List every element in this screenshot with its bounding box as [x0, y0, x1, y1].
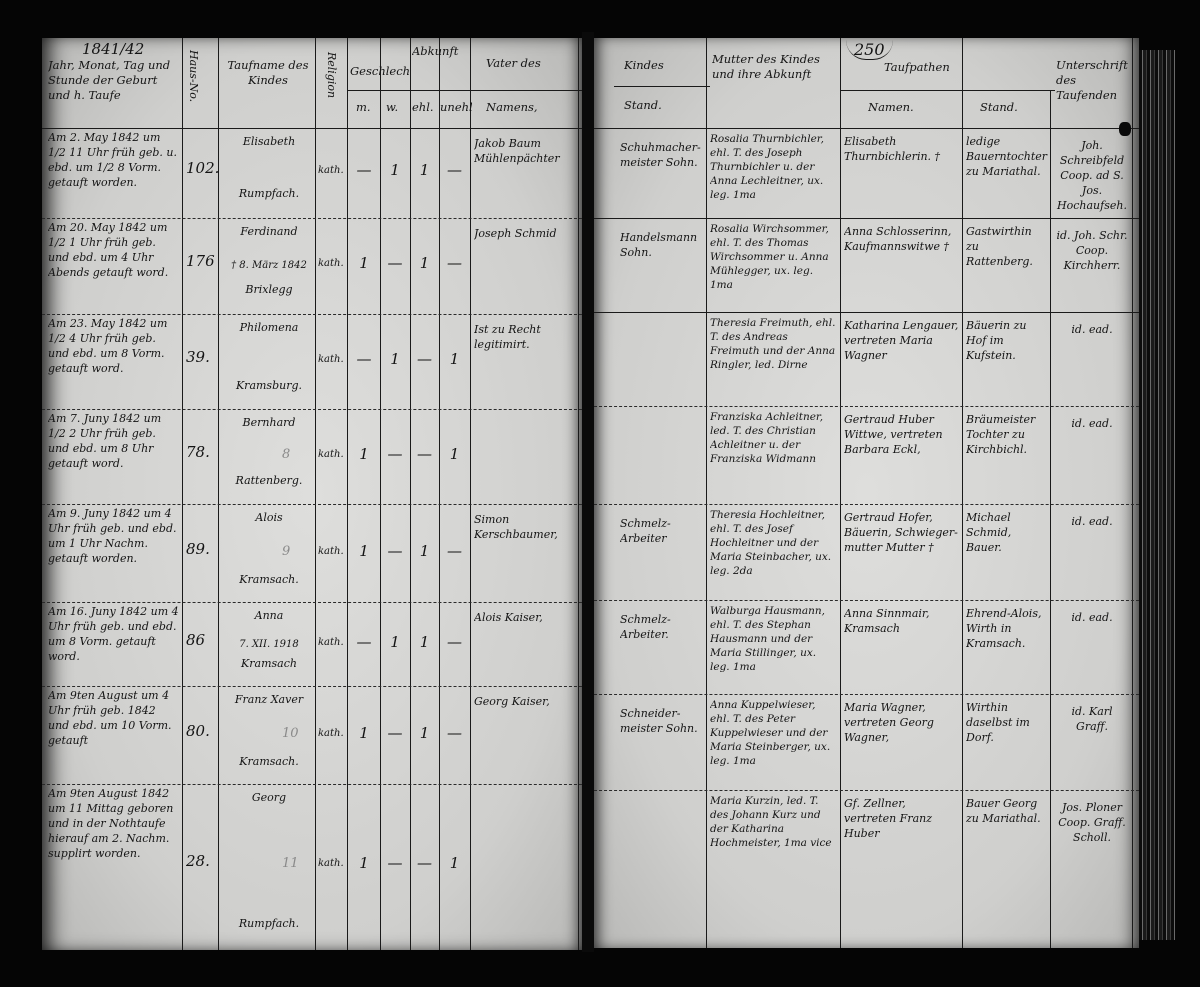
entry-father: Ist zu Recht legitimirt.	[474, 322, 574, 404]
entry-religion: kath.	[318, 256, 346, 271]
entry-date: Am 20. May 1842 um 1/2 1 Uhr früh geb. u…	[48, 220, 180, 308]
entry-baptizer: id. ead.	[1054, 322, 1130, 404]
rule	[706, 38, 707, 948]
entry-godparent-status: Michael Schmid, Bauer.	[966, 510, 1048, 596]
entry-mother: Theresia Freimuth, ehl. T. des Andreas F…	[710, 316, 838, 404]
rule	[42, 314, 582, 315]
entry-pencil-number: 9	[282, 544, 290, 559]
entry-religion: kath.	[318, 544, 346, 559]
entry-baptizer: Joh. Schreibfeld Coop. ad S. Jos. Hochau…	[1054, 138, 1130, 214]
entry-mother: Anna Kuppelwieser, ehl. T. des Peter Kup…	[710, 698, 838, 786]
rule	[594, 694, 1139, 695]
entry-father: Alois Kaiser,	[474, 610, 574, 682]
rule	[347, 90, 582, 91]
rule	[218, 38, 219, 950]
entry-godparent-name: Anna Sinnmair, Kramsach	[844, 606, 960, 690]
entry-father-status: Schmelz-Arbeiter.	[620, 612, 704, 688]
header-name: Taufname des Kindes	[224, 58, 312, 124]
entry-mother: Maria Kurzin, led. T. des Johann Kurz un…	[710, 794, 838, 940]
rule	[594, 504, 1139, 505]
entry-place: Kramsach	[224, 656, 314, 671]
left-page: 1841/42 Jahr, Monat, Tag und Stunde der …	[42, 38, 582, 950]
entry-religion: kath.	[318, 352, 346, 367]
entry-house-no: 78.	[186, 445, 218, 460]
header-legit-u: unehl.	[440, 100, 472, 115]
entry-margin-note: † 8. März 1842	[224, 258, 314, 273]
entry-place: Rumpfach.	[224, 916, 314, 931]
rule	[594, 128, 1139, 129]
ink-blot	[1119, 122, 1131, 136]
entry-date: Am 23. May 1842 um 1/2 4 Uhr früh geb. u…	[48, 316, 180, 404]
entry-child-name: Bernhard	[224, 415, 314, 430]
entry-baptizer: id. Karl Graff.	[1054, 704, 1130, 786]
entry-father	[474, 792, 574, 942]
rule	[42, 218, 582, 219]
entry-sex-m: 1	[348, 447, 380, 462]
entry-legit-u: 1	[439, 856, 470, 871]
header-godparent-status: Stand.	[980, 100, 1050, 115]
entry-sex-w: 1	[380, 163, 410, 178]
rule	[42, 784, 582, 785]
entry-religion: kath.	[318, 163, 346, 178]
header-legit-e: ehl.	[412, 100, 440, 115]
rule	[42, 128, 582, 129]
entry-date: Am 2. May 1842 um 1/2 11 Uhr früh geb. u…	[48, 130, 180, 212]
entry-sex-m: —	[348, 163, 380, 178]
entry-sex-w: 1	[380, 635, 410, 650]
entry-godparent-name: Elisabeth Thurnbichlerin. †	[844, 134, 960, 214]
entry-godparent-status: Bräumeister Tochter zu Kirchbichl.	[966, 412, 1048, 500]
entry-religion: kath.	[318, 726, 346, 741]
header-legitimacy: Abkunft	[412, 44, 472, 66]
entry-house-no: 89.	[186, 542, 218, 557]
entry-child-name: Franz Xaver	[224, 692, 314, 707]
entry-place: Kramsburg.	[224, 378, 314, 393]
rule	[594, 790, 1139, 791]
entry-religion: kath.	[318, 447, 346, 462]
entry-place: Rumpfach.	[224, 186, 314, 201]
entry-sex-m: —	[348, 635, 380, 650]
header-father-name: Namens,	[486, 100, 576, 115]
entry-house-no: 102.	[186, 161, 218, 176]
entry-legit-e: 1	[410, 726, 439, 741]
entry-date: Am 16. Juny 1842 um 4 Uhr früh geb. und …	[48, 604, 180, 682]
header-godparent-name: Namen.	[868, 100, 948, 115]
entry-mother: Rosalia Wirchsommer, ehl. T. des Thomas …	[710, 222, 838, 308]
entry-godparent-name: Katharina Lengauer, vertreten Maria Wagn…	[844, 318, 960, 404]
header-father: Vater des	[486, 56, 576, 71]
entry-religion: kath.	[318, 856, 346, 871]
entry-father-status: Schuhmacher-meister Sohn.	[620, 140, 704, 212]
entry-godparent-name: Anna Schlosserinn, Kaufmannswitwe †	[844, 224, 960, 308]
entry-father-status: Handelsmann Sohn.	[620, 230, 704, 306]
entry-father: Joseph Schmid	[474, 226, 574, 308]
entry-house-no: 28.	[186, 854, 218, 869]
entry-date: Am 9. Juny 1842 um 4 Uhr früh geb. und e…	[48, 506, 180, 598]
entry-date: Am 9ten August um 4 Uhr früh geb. 1842 u…	[48, 688, 180, 780]
rule	[840, 90, 1055, 91]
rule	[182, 38, 183, 950]
entry-baptizer: id. Joh. Schr. Coop. Kirchherr.	[1054, 228, 1130, 308]
entry-date: Am 7. Juny 1842 um 1/2 2 Uhr früh geb. u…	[48, 411, 180, 499]
entry-place: Kramsach.	[224, 754, 314, 769]
entry-margin-note: 7. XII. 1918	[224, 637, 314, 652]
entry-baptizer: Jos. Ploner Coop. Graff. Scholl.	[1054, 800, 1130, 940]
entry-father-status: Schneider-meister Sohn.	[620, 706, 704, 784]
entry-godparent-status: Bäuerin zu Hof im Kufstein.	[966, 318, 1048, 404]
rule	[1132, 38, 1133, 948]
rule	[840, 38, 841, 948]
entry-sex-m: 1	[348, 856, 380, 871]
entry-father	[474, 417, 574, 499]
entry-sex-m: —	[348, 352, 380, 367]
entry-legit-u: —	[439, 635, 470, 650]
entry-sex-w: —	[380, 256, 410, 271]
entry-sex-w: 1	[380, 352, 410, 367]
rule	[594, 406, 1139, 407]
entry-baptizer: id. ead.	[1054, 416, 1130, 500]
header-sex-m: m.	[356, 100, 378, 115]
entry-mother: Rosalia Thurnbichler, ehl. T. des Joseph…	[710, 132, 838, 214]
entry-father: Jakob Baum Mühlenpächter	[474, 136, 574, 212]
entry-child-name: Alois	[224, 510, 314, 525]
entry-legit-u: —	[439, 726, 470, 741]
entry-mother: Theresia Hochleitner, ehl. T. des Josef …	[710, 508, 838, 596]
entry-godparent-status: Bauer Georg zu Mariathal.	[966, 796, 1048, 940]
entry-legit-e: —	[410, 856, 439, 871]
header-house-no: Haus-No.	[187, 50, 200, 102]
entry-legit-u: —	[439, 544, 470, 559]
entry-pencil-number: 10	[282, 726, 299, 741]
entry-legit-u: 1	[439, 352, 470, 367]
entry-godparent-name: Gertraud Huber Wittwe, vertreten Barbara…	[844, 412, 960, 500]
entry-house-no: 39.	[186, 350, 218, 365]
rule	[962, 38, 963, 948]
entry-mother: Franziska Achleitner, led. T. des Christ…	[710, 410, 838, 500]
rule	[594, 218, 1139, 219]
entry-legit-e: —	[410, 447, 439, 462]
header-date: Jahr, Monat, Tag und Stunde der Geburt u…	[48, 58, 178, 124]
entry-place: Brixlegg	[224, 282, 314, 297]
header-father-status: Stand.	[624, 98, 704, 113]
entry-godparent-name: Maria Wagner, vertreten Georg Wagner,	[844, 700, 960, 786]
entry-sex-m: 1	[348, 256, 380, 271]
entry-mother: Walburga Hausmann, ehl. T. des Stephan H…	[710, 604, 838, 690]
entry-godparent-name: Gertraud Hofer, Bäuerin, Schwieger-mutte…	[844, 510, 960, 596]
entry-religion: kath.	[318, 635, 346, 650]
entry-father: Simon Kerschbaumer,	[474, 512, 574, 598]
entry-legit-u: —	[439, 163, 470, 178]
entry-house-no: 86	[186, 633, 218, 648]
entry-sex-m: 1	[348, 726, 380, 741]
entry-godparent-status: Wirthin daselbst im Dorf.	[966, 700, 1048, 786]
entry-legit-u: 1	[439, 447, 470, 462]
entry-house-no: 176	[186, 254, 218, 269]
header-father-status-top: Kindes	[624, 58, 704, 73]
right-page: 250 Kindes Stand. Mutter des Kindes und …	[594, 38, 1139, 948]
header-sex: Geschlecht	[350, 64, 410, 86]
rule	[578, 38, 579, 950]
entry-legit-e: 1	[410, 163, 439, 178]
entry-legit-e: 1	[410, 256, 439, 271]
rule	[594, 312, 1139, 313]
entry-child-name: Elisabeth	[224, 134, 314, 149]
header-religion: Religion	[325, 52, 338, 98]
book-page-edges	[1139, 50, 1175, 940]
entry-house-no: 80.	[186, 724, 218, 739]
entry-father-status	[620, 324, 704, 402]
entry-sex-w: —	[380, 856, 410, 871]
entry-sex-w: —	[380, 447, 410, 462]
entry-godparent-status: Ehrend-Alois, Wirth in Kramsach.	[966, 606, 1048, 690]
rule	[42, 504, 582, 505]
entry-sex-w: —	[380, 726, 410, 741]
entry-baptizer: id. ead.	[1054, 514, 1130, 596]
entry-child-name: Philomena	[224, 320, 314, 335]
entry-father-status	[620, 418, 704, 498]
entry-godparent-name: Gf. Zellner, vertreten Franz Huber	[844, 796, 960, 940]
entry-child-name: Georg	[224, 790, 314, 805]
entry-place: Rattenberg.	[224, 473, 314, 488]
rule	[42, 409, 582, 410]
entry-baptizer: id. ead.	[1054, 610, 1130, 690]
entry-sex-w: —	[380, 544, 410, 559]
rule	[42, 686, 582, 687]
header-sex-w: w.	[386, 100, 408, 115]
header-mother: Mutter des Kindes und ihre Abkunft	[712, 52, 838, 122]
register-spread: 1841/42 Jahr, Monat, Tag und Stunde der …	[0, 0, 1200, 987]
rule	[594, 600, 1139, 601]
rule	[470, 38, 471, 950]
entry-pencil-number: 8	[282, 447, 290, 462]
entry-legit-e: 1	[410, 544, 439, 559]
year-heading: 1841/42	[82, 40, 144, 58]
entry-child-name: Anna	[224, 608, 314, 623]
entry-place: Kramsach.	[224, 572, 314, 587]
entry-legit-e: —	[410, 352, 439, 367]
entry-godparent-status: ledige Bauerntochter zu Mariathal.	[966, 134, 1048, 214]
entry-child-name: Ferdinand	[224, 224, 314, 239]
rule	[42, 602, 582, 603]
entry-father-status: Schmelz-Arbeiter	[620, 516, 704, 594]
book-spine	[582, 32, 594, 952]
rule	[315, 38, 316, 950]
header-baptizer: Unterschrift des Taufenden	[1056, 58, 1134, 126]
header-godparents: Taufpathen	[884, 60, 1004, 75]
entry-legit-u: —	[439, 256, 470, 271]
entry-legit-e: 1	[410, 635, 439, 650]
entry-father: Georg Kaiser,	[474, 694, 574, 780]
entry-pencil-number: 11	[282, 856, 299, 871]
entry-father-status	[620, 802, 704, 938]
entry-sex-m: 1	[348, 544, 380, 559]
page-number: 250	[846, 40, 893, 60]
entry-date: Am 9ten August 1842 um 11 Mittag geboren…	[48, 786, 180, 942]
entry-godparent-status: Gastwirthin zu Rattenberg.	[966, 224, 1048, 308]
rule	[614, 86, 710, 87]
